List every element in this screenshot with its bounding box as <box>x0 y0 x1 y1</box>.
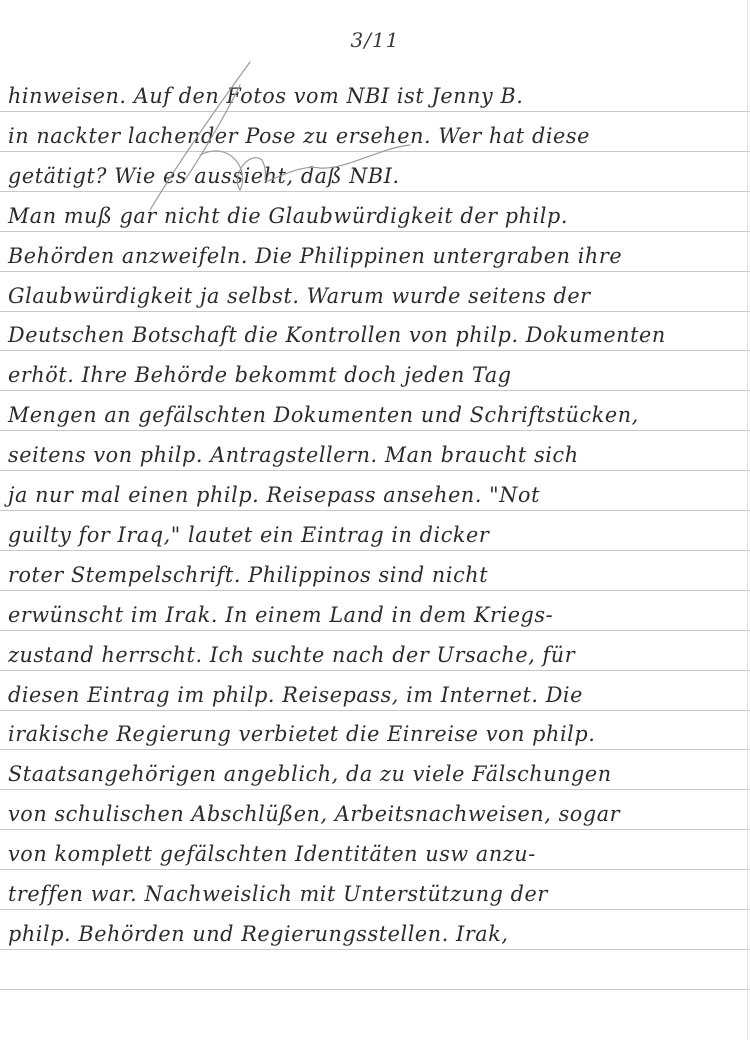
page-number: 3/11 <box>0 28 750 52</box>
text-line: Behörden anzweifeln. Die Philippinen unt… <box>8 241 738 271</box>
text-line: erhöt. Ihre Behörde bekommt doch jeden T… <box>8 360 738 390</box>
ruled-line <box>0 430 750 431</box>
text-line: Deutschen Botschaft die Kontrollen von p… <box>8 320 738 350</box>
text-line: von schulischen Abschlüßen, Arbeitsnachw… <box>8 799 738 829</box>
text-line: ja nur mal einen philp. Reisepass ansehe… <box>8 480 738 510</box>
text-line: treffen war. Nachweislich mit Unterstütz… <box>8 879 738 909</box>
ruled-line <box>0 710 750 711</box>
ruled-line <box>0 749 750 750</box>
text-line: Man muß gar nicht die Glaubwürdigkeit de… <box>8 201 738 231</box>
ruled-line <box>0 350 750 351</box>
text-line: guilty for Iraq," lautet ein Eintrag in … <box>8 520 738 550</box>
ruled-line <box>0 989 750 990</box>
ruled-line <box>0 789 750 790</box>
page-edge <box>747 0 748 1040</box>
text-line: von komplett gefälschten Identitäten usw… <box>8 839 738 869</box>
text-line: getätigt? Wie es aussieht, daß NBI. <box>8 161 738 191</box>
ruled-line <box>0 510 750 511</box>
ruled-line <box>0 191 750 192</box>
ruled-line <box>0 470 750 471</box>
ruled-line <box>0 829 750 830</box>
ruled-line <box>0 550 750 551</box>
ruled-line <box>0 590 750 591</box>
text-line: Staatsangehörigen angeblich, da zu viele… <box>8 759 738 789</box>
ruled-line <box>0 909 750 910</box>
ruled-line <box>0 949 750 950</box>
text-line: roter Stempelschrift. Philippinos sind n… <box>8 560 738 590</box>
text-line: erwünscht im Irak. In einem Land in dem … <box>8 600 738 630</box>
text-line: hinweisen. Auf den Fotos vom NBI ist Jen… <box>8 81 738 111</box>
ruled-line <box>0 869 750 870</box>
ruled-line <box>0 151 750 152</box>
ruled-line <box>0 271 750 272</box>
text-line: seitens von philp. Antragstellern. Man b… <box>8 440 738 470</box>
text-line: in nackter lachender Pose zu ersehen. We… <box>8 121 738 151</box>
ruled-line <box>0 390 750 391</box>
text-line: Glaubwürdigkeit ja selbst. Warum wurde s… <box>8 281 738 311</box>
handwritten-page: 3/11 hinweisen. Auf den Fotos vom NBI is… <box>0 0 750 1040</box>
text-line: Mengen an gefälschten Dokumenten und Sch… <box>8 400 738 430</box>
text-line: zustand herrscht. Ich suchte nach der Ur… <box>8 640 738 670</box>
ruled-line <box>0 630 750 631</box>
ruled-line <box>0 231 750 232</box>
text-line: diesen Eintrag im philp. Reisepass, im I… <box>8 680 738 710</box>
text-line: irakische Regierung verbietet die Einrei… <box>8 719 738 749</box>
ruled-line <box>0 311 750 312</box>
text-line: philp. Behörden und Regierungsstellen. I… <box>8 919 738 949</box>
ruled-line <box>0 670 750 671</box>
ruled-line <box>0 111 750 112</box>
